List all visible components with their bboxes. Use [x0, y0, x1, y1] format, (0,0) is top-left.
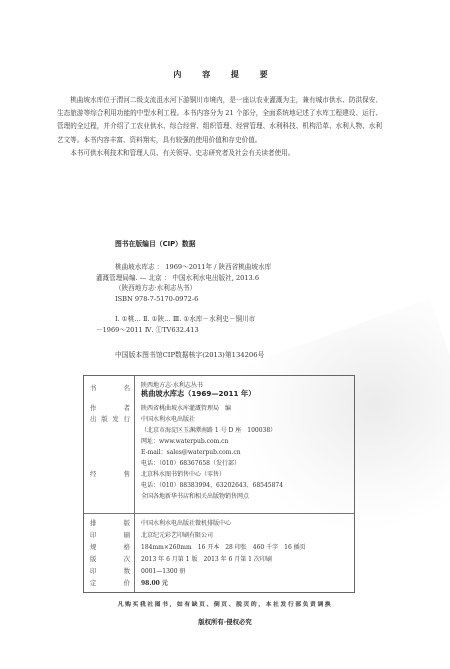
- cip-record: 桃曲坡水库志 ： 1969～2011年 / 陕西省桃曲坡水库 灌溉管理局编. —…: [96, 262, 336, 335]
- printing-value: 北京纪元彩艺印刷有限公司: [141, 530, 213, 539]
- specs-value: 184mm×260mm 16 开本 28 印张 460 千字 16 插页: [141, 542, 306, 551]
- section-divider: [84, 513, 354, 514]
- typesetting-value: 中国水利水电出版社微机排版中心: [141, 518, 231, 527]
- column-divider: [134, 376, 135, 592]
- publisher-phone: 电话：（010）68367658（发行部）: [141, 458, 240, 467]
- label-author: 作者: [90, 403, 130, 412]
- publication-info-table: 书名 陕西地方志·水利志丛书 桃曲坡水库志（1969—2011 年） 作者 陕西…: [83, 375, 355, 593]
- series-name: 陕西地方志·水利志丛书: [141, 380, 203, 389]
- copyright-notice: 版权所有·侵权必究: [0, 617, 450, 626]
- cip-heading: 图书在版编目（CIP）数据: [115, 238, 195, 248]
- cip-line: 灌溉管理局编. — 北京 ： 中国水利水电出版社, 2013.6: [96, 274, 259, 282]
- label-specs: 规格: [90, 542, 130, 551]
- label-print-run: 印数: [90, 566, 130, 575]
- label-printing: 印刷: [90, 530, 130, 539]
- author-value: 陕西省桃曲坡水库灌溉管理局 编: [141, 403, 231, 412]
- cip-line: （陕西地方志·水利志丛书）: [96, 283, 336, 294]
- label-publisher: 出版发行: [90, 414, 130, 423]
- distributor-name: 北京科水图书销售中心（零售）: [141, 469, 225, 478]
- summary-paragraph: 桃曲坡水库位于渭河二级支流沮水河下游铜川市境内，是一座以农业灌溉为主，兼有城市供…: [57, 94, 382, 147]
- label-title: 书名: [90, 383, 130, 392]
- publisher-name: 中国水利水电出版社: [141, 414, 195, 423]
- distributor-phone: 电话：（010）88383994、63202643、68545874: [141, 480, 283, 489]
- label-price: 定价: [90, 578, 130, 587]
- publisher-email: E-mail：sales@waterpub.com.cn: [141, 447, 241, 456]
- publisher-address: （北京市海淀区玉渊潭南路 1 号 D 座 100038）: [141, 425, 276, 434]
- distributor-network: 全国各地新华书店和相关出版物销售网点: [141, 491, 249, 500]
- cip-isbn: ISBN 978-7-5170-0972-6: [96, 294, 336, 305]
- label-edition: 版次: [90, 554, 130, 563]
- summary-paragraph: 本书可供水利技术和管理人员、有关领导、史志研究者及社会有关读者使用。: [57, 147, 382, 160]
- cip-line: 桃曲坡水库志 ： 1969～2011年 / 陕西省桃曲坡水库: [96, 262, 336, 273]
- label-typesetting: 排版: [90, 518, 130, 527]
- book-title: 桃曲坡水库志（1969—2011 年）: [141, 389, 255, 399]
- print-run-value: 0001—1300 册: [141, 566, 185, 575]
- label-distributor: 经售: [90, 469, 130, 478]
- cip-classification: Ⅰ. ①桃… Ⅱ. ①陕… Ⅲ. ①水库－水利史－铜川市: [96, 314, 336, 325]
- price-value: 98.00 元: [141, 578, 168, 587]
- publisher-website: 网址：www.waterpub.com.cn: [141, 436, 228, 445]
- summary-text: 桃曲坡水库位于渭河二级支流沮水河下游铜川市境内，是一座以农业灌溉为主，兼有城市供…: [57, 94, 382, 160]
- cip-verification-number: 中国版本图书馆CIP数据核字(2013)第134206号: [115, 349, 264, 359]
- edition-value: 2013 年 6 月第 1 版 2013 年 6 月第 1 次印刷: [141, 554, 272, 563]
- cip-classification: －1969～2011 Ⅳ. ①TV632.413: [96, 326, 199, 334]
- replacement-notice: 凡购买我社图书，如有缺页、倒页、脱页的，本社发行部负责调换: [0, 599, 450, 608]
- summary-heading: 内 容 提 要: [0, 69, 450, 80]
